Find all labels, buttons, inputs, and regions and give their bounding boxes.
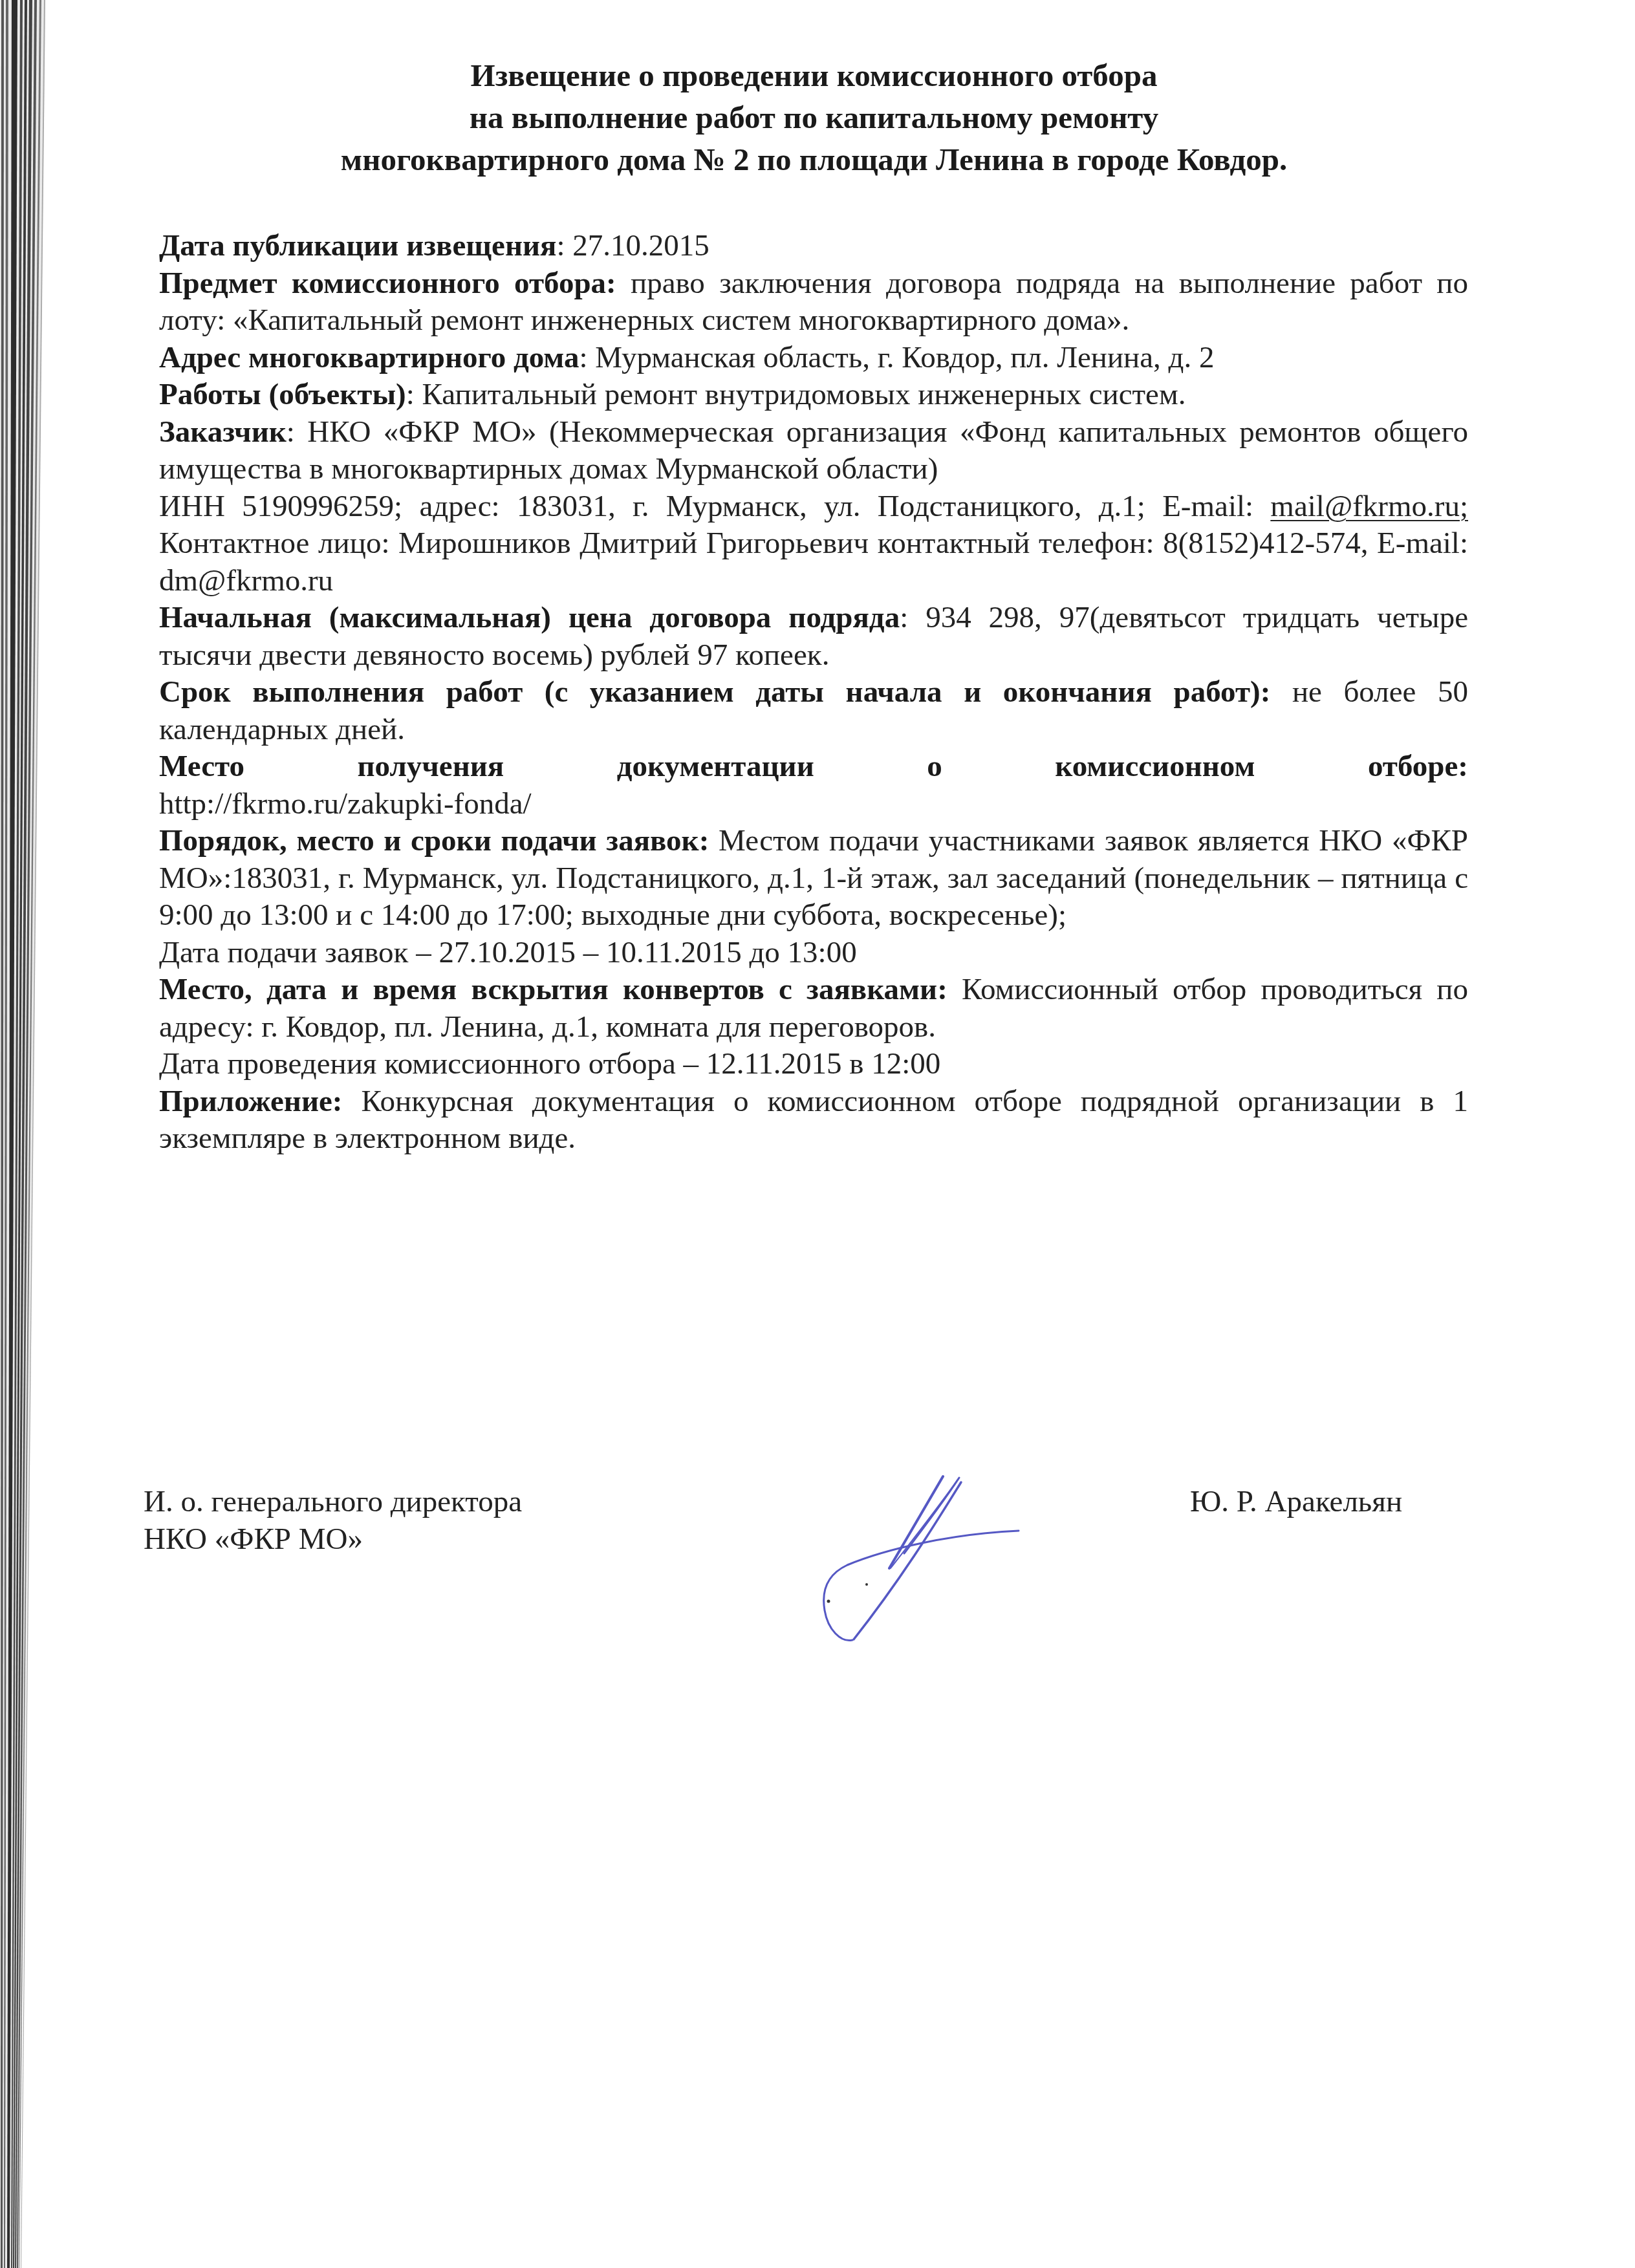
section-works: Работы (объекты): Капитальный ремонт вну… [159, 376, 1468, 414]
handwritten-signature-icon [815, 1468, 1035, 1656]
section-opening-date: Дата проведения комиссионного отбора – 1… [159, 1046, 1468, 1083]
section-price: Начальная (максимальная) цена договора п… [159, 599, 1468, 674]
attachment-value: Конкурсная документация о комиссионном о… [159, 1085, 1468, 1156]
signer-name: Ю. Р. Аракельян [1190, 1483, 1402, 1520]
opening-label: Место, дата и время вскрытия конвертов с… [159, 973, 947, 1006]
docs-place-label: Место получения документации о комиссион… [159, 750, 1468, 783]
address-value: : Мурманская область, г. Ковдор, пл. Лен… [579, 341, 1215, 374]
signer-position: И. о. генерального директора НКО «ФКР МО… [144, 1483, 522, 1558]
section-docs-place: http://fkrmo.ru/zakupki-fonda/ [159, 786, 1468, 823]
title-line-3: многоквартирного дома № 2 по площади Лен… [159, 138, 1469, 180]
section-customer-details: ИНН 5190996259; адрес: 183031, г. Мурман… [159, 488, 1468, 600]
section-customer: Заказчик: НКО «ФКР МО» (Некоммерческая о… [159, 414, 1468, 488]
document-title: Извещение о проведении комиссионного отб… [159, 54, 1469, 180]
signer-position-line-1: И. о. генерального директора [144, 1483, 522, 1520]
customer-label: Заказчик [159, 415, 287, 449]
submission-dates: Дата подачи заявок – 27.10.2015 – 10.11.… [159, 936, 857, 969]
document-page: Извещение о проведении комиссионного отб… [0, 0, 1635, 2268]
customer-details: ИНН 5190996259; адрес: 183031, г. Мурман… [159, 490, 1270, 523]
section-submission: Порядок, место и сроки подачи заявок: Ме… [159, 823, 1468, 934]
section-subject: Предмет комиссионного отбора: право закл… [159, 265, 1468, 340]
works-value: : Капитальный ремонт внутридомовых инжен… [406, 378, 1186, 411]
customer-value: : НКО «ФКР МО» (Некоммерческая организац… [159, 415, 1468, 486]
title-line-2: на выполнение работ по капитальному ремо… [159, 96, 1469, 138]
price-label: Начальная (максимальная) цена договора п… [159, 601, 900, 634]
signer-organization: НКО «ФКР МО» [144, 1520, 522, 1558]
section-attachment: Приложение: Конкурсная документация о ко… [159, 1083, 1468, 1158]
title-line-1: Извещение о проведении комиссионного отб… [159, 54, 1469, 96]
section-submission-dates: Дата подачи заявок – 27.10.2015 – 10.11.… [159, 934, 1468, 972]
section-term: Срок выполнения работ (с указанием даты … [159, 674, 1468, 748]
publication-date-label: Дата публикации извещения [159, 229, 556, 263]
section-publication-date: Дата публикации извещения: 27.10.2015 [159, 228, 1468, 265]
section-address: Адрес многоквартирного дома: Мурманская … [159, 340, 1468, 377]
submission-label: Порядок, место и сроки подачи заявок: [159, 824, 709, 858]
customer-contact: Контактное лицо: Мирошников Дмитрий Григ… [159, 526, 1468, 598]
customer-email-link[interactable]: mail@fkrmo.ru; [1270, 490, 1468, 523]
attachment-label: Приложение: [159, 1085, 342, 1118]
docs-place-url[interactable]: http://fkrmo.ru/zakupki-fonda/ [159, 787, 532, 821]
address-label: Адрес многоквартирного дома [159, 341, 579, 374]
document-body: Дата публикации извещения: 27.10.2015 Пр… [159, 228, 1468, 1158]
works-label: Работы (объекты) [159, 378, 406, 411]
opening-date: Дата проведения комиссионного отбора – 1… [159, 1047, 940, 1081]
publication-date-value: : 27.10.2015 [556, 229, 709, 263]
section-opening: Место, дата и время вскрытия конвертов с… [159, 971, 1468, 1046]
term-label: Срок выполнения работ (с указанием даты … [159, 675, 1270, 709]
section-docs-place-label: Место получения документации о комиссион… [159, 748, 1468, 786]
subject-label: Предмет комиссионного отбора: [159, 266, 616, 300]
